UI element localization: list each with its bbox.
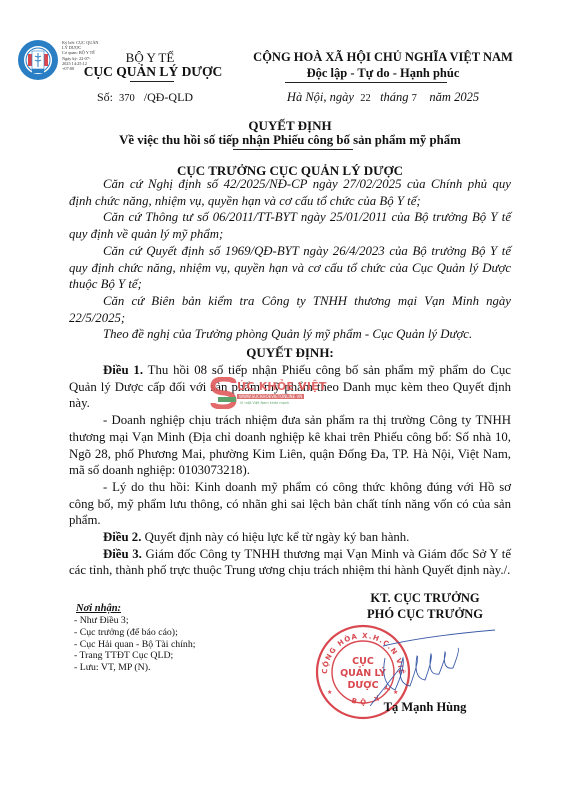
recipient-item: - Cục trưởng (để báo cáo);	[74, 627, 195, 639]
preamble: Căn cứ Nghị định số 42/2025/NĐ-CP ngày 2…	[69, 176, 511, 343]
issue-date: Hà Nội, ngày 22 tháng 7 năm 2025	[200, 89, 566, 107]
doc-number-label: Số:	[97, 90, 113, 104]
motto-underline	[285, 82, 447, 83]
watermark-s-icon	[210, 377, 238, 409]
svg-text:★: ★	[327, 689, 332, 696]
recipients-list: - Như Điều 3; - Cục trưởng (để báo cáo);…	[74, 615, 195, 674]
watermark-logo: ỨC KHỎE VIỆT WWW.SUCKHOEVIETONLINE.VN Vì…	[210, 377, 330, 419]
article-1-reason: - Lý do thu hồi: Kinh doanh mỹ phẩm có c…	[69, 479, 511, 529]
nation-title: CỘNG HOÀ XÃ HỘI CHỦ NGHĨA VIỆT NAM	[200, 50, 566, 65]
article-3: Điều 3. Giám đốc Công ty TNHH thương mại…	[69, 546, 511, 579]
article-1-enterprise: - Doanh nghiệp chịu trách nhiệm đưa sản …	[69, 412, 511, 479]
watermark-tagline: Vì một Việt Nam khỏe mạnh	[240, 401, 289, 405]
recipients-heading: Nơi nhận:	[76, 603, 121, 615]
signer-name: Tạ Mạnh Hùng	[330, 699, 520, 715]
document-number: Số: 370 /QĐ-QLD	[97, 90, 193, 106]
preamble-clause: Căn cứ Biên bản kiểm tra Công ty TNHH th…	[69, 293, 511, 326]
handwritten-signature	[365, 628, 515, 708]
signature-title-line2: PHÓ CỤC TRƯỞNG	[330, 606, 520, 622]
article-3-label: Điều 3.	[103, 547, 142, 561]
date-day: 22	[360, 93, 371, 104]
preamble-clause: Căn cứ Thông tư số 06/2011/TT-BYT ngày 2…	[69, 209, 511, 242]
preamble-clause: Căn cứ Quyết định số 1969/QĐ-BYT ngày 26…	[69, 243, 511, 293]
recipient-item: - Cục Hải quan - Bộ Tài chính;	[74, 639, 195, 651]
article-2-text: Quyết định này có hiệu lực kể từ ngày ký…	[141, 530, 409, 544]
recipient-item: - Lưu: VT, MP (N).	[74, 662, 195, 674]
preamble-clause: Theo đề nghị của Trưởng phòng Quản lý mỹ…	[69, 326, 511, 343]
recipient-item: - Như Điều 3;	[74, 615, 195, 627]
article-2: Điều 2. Quyết định này có hiệu lực kể từ…	[69, 529, 511, 546]
signature-title: KT. CỤC TRƯỞNG PHÓ CỤC TRƯỞNG	[330, 590, 520, 622]
decision-heading: QUYẾT ĐỊNH:	[40, 345, 540, 361]
department-underline	[130, 81, 174, 82]
date-month: 7	[412, 93, 417, 104]
article-2-label: Điều 2.	[103, 530, 141, 544]
national-motto: Độc lập - Tự do - Hạnh phúc	[200, 65, 566, 81]
watermark-brand: ỨC KHỎE VIỆT	[237, 380, 327, 393]
date-month-label: tháng	[380, 90, 408, 104]
doc-number-value: 370	[119, 93, 135, 104]
document-subtitle: Về việc thu hồi số tiếp nhận Phiếu công …	[40, 132, 540, 148]
doc-number-suffix: /QĐ-QLD	[144, 90, 193, 104]
document-title: QUYẾT ĐỊNH	[40, 118, 540, 133]
date-place: Hà Nội, ngày	[287, 90, 354, 104]
signature-title-line1: KT. CỤC TRƯỞNG	[330, 590, 520, 606]
ministry-seal-icon	[17, 39, 59, 81]
date-year: năm 2025	[429, 90, 479, 104]
recipient-item: - Trang TTĐT Cục QLD;	[74, 650, 195, 662]
article-1-label: Điều 1.	[103, 363, 143, 377]
watermark-url: WWW.SUCKHOEVIETONLINE.VN	[237, 394, 304, 399]
subtitle-underline	[233, 149, 353, 150]
preamble-clause: Căn cứ Nghị định số 42/2025/NĐ-CP ngày 2…	[69, 176, 511, 209]
